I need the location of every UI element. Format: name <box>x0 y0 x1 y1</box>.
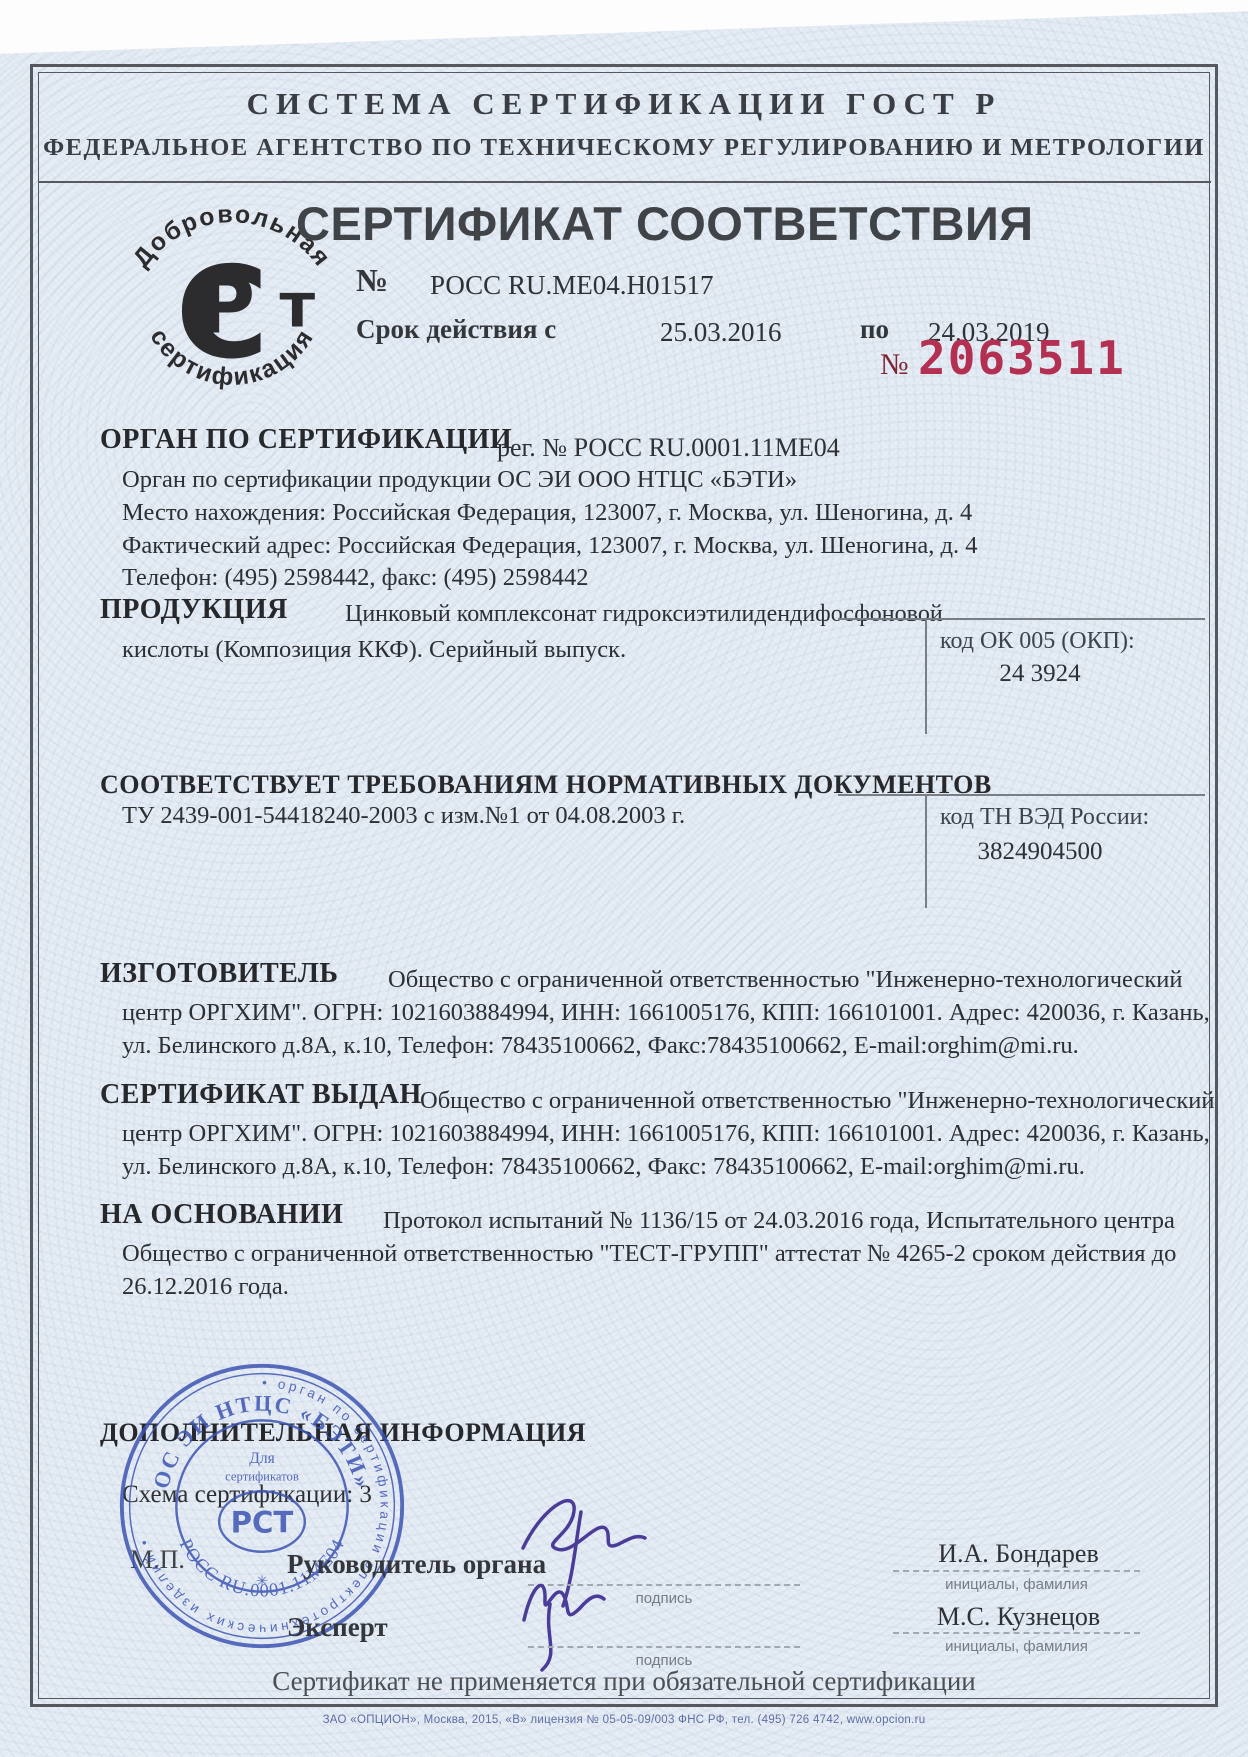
system-title: СИСТЕМА СЕРТИФИКАЦИИ ГОСТ Р <box>40 86 1208 122</box>
org-line: Место нахождения: Российская Федерация, … <box>122 499 972 527</box>
logo-letter-t: т <box>280 271 316 342</box>
cert-number-label: № <box>356 262 388 299</box>
issued-line: Общество с ограниченной ответственностью… <box>420 1087 1215 1115</box>
manufacturer-section-heading: ИЗГОТОВИТЕЛЬ <box>100 958 338 990</box>
certificate-title: СЕРТИФИКАТ СООТВЕТСТВИЯ <box>296 196 1020 251</box>
validity-label: Срок действия с <box>356 314 556 345</box>
okp-code-value: 24 3924 <box>925 660 1155 688</box>
manufacturer-line: Общество с ограниченной ответственностью… <box>388 966 1183 994</box>
validity-to-label: по <box>860 314 889 345</box>
round-stamp: • орган по сертификации электротехническ… <box>116 1360 408 1652</box>
tnved-code-value: 3824904500 <box>925 838 1155 866</box>
mandatory-note: Сертификат не применяется при обязательн… <box>224 1666 1024 1697</box>
okp-box-top-line <box>838 618 1205 620</box>
product-line: кислоты (Композиция ККФ). Серийный выпус… <box>122 636 626 664</box>
expert-role-label: Эксперт <box>287 1612 388 1643</box>
scan-edge-artifact <box>0 0 1248 56</box>
tnved-box-top-line <box>838 794 1205 796</box>
head-name: И.А. Бондарев <box>895 1539 1142 1569</box>
stamp-purpose-line2: сертификатов <box>225 1470 299 1484</box>
okp-code-label: код ОК 005 (ОКП): <box>940 628 1135 655</box>
product-section-heading: ПРОДУКЦИЯ <box>100 594 288 626</box>
tnved-code-label: код ТН ВЭД России: <box>940 804 1149 831</box>
basis-line: 26.12.2016 года. <box>122 1273 289 1301</box>
org-line: Орган по сертификации продукции ОС ЭИ ОО… <box>122 466 797 494</box>
basis-line: Общество с ограниченной ответственностью… <box>122 1240 1176 1268</box>
issued-line: центр ОРГХИМ". ОГРН: 1021603884994, ИНН:… <box>122 1120 1210 1148</box>
expert-name-line <box>893 1632 1140 1634</box>
basis-section-heading: НА ОСНОВАНИИ <box>100 1199 343 1231</box>
expert-name: М.С. Кузнецов <box>895 1602 1142 1632</box>
head-name-line <box>893 1570 1140 1572</box>
head-role-label: Руководитель органа <box>287 1549 546 1580</box>
expert-name-caption: инициалы, фамилия <box>893 1638 1140 1655</box>
org-line: Фактический адрес: Российская Федерация,… <box>122 532 978 560</box>
org-reg-number: рег. № РОСС RU.0001.11МЕ04 <box>497 433 840 463</box>
stamp-star-icon: ✳ <box>256 1573 268 1590</box>
manufacturer-line: центр ОРГХИМ". ОГРН: 1021603884994, ИНН:… <box>122 999 1210 1027</box>
logo-letter-r: Р <box>197 259 255 352</box>
stamp-rst-mark: РСТ <box>231 1505 294 1539</box>
org-section-heading: ОРГАН ПО СЕРТИФИКАЦИИ <box>100 424 512 456</box>
form-number: 2063511 <box>918 331 1126 385</box>
conformity-line: ТУ 2439-001-54418240-2003 с изм.№1 от 04… <box>122 802 685 830</box>
issued-line: ул. Белинского д.8А, к.10, Телефон: 7843… <box>122 1153 1085 1181</box>
agency-title: ФЕДЕРАЛЬНОЕ АГЕНТСТВО ПО ТЕХНИЧЕСКОМУ РЕ… <box>40 134 1208 162</box>
print-shop-info: ЗАО «ОПЦИОН», Москва, 2015, «В» лицензия… <box>0 1714 1248 1726</box>
basis-line: Протокол испытаний № 1136/15 от 24.03.20… <box>383 1207 1175 1235</box>
header-separator <box>38 181 1211 183</box>
form-number-label: № <box>880 348 909 382</box>
head-name-caption: инициалы, фамилия <box>893 1576 1140 1593</box>
validity-from-date: 25.03.2016 <box>660 317 782 348</box>
issued-section-heading: СЕРТИФИКАТ ВЫДАН <box>100 1079 422 1111</box>
expert-signature-line <box>528 1646 800 1648</box>
cert-number: РОСС RU.ME04.H01517 <box>430 270 713 301</box>
stamp-purpose-line1: Для <box>249 1450 275 1467</box>
manufacturer-line: ул. Белинского д.8А, к.10, Телефон: 7843… <box>122 1032 1079 1060</box>
org-line: Телефон: (495) 2598442, факс: (495) 2598… <box>122 564 588 592</box>
certificate-page: СИСТЕМА СЕРТИФИКАЦИИ ГОСТ Р ФЕДЕРАЛЬНОЕ … <box>0 0 1248 1757</box>
product-line: Цинковый комплексонат гидроксиэтилиденди… <box>345 601 943 628</box>
